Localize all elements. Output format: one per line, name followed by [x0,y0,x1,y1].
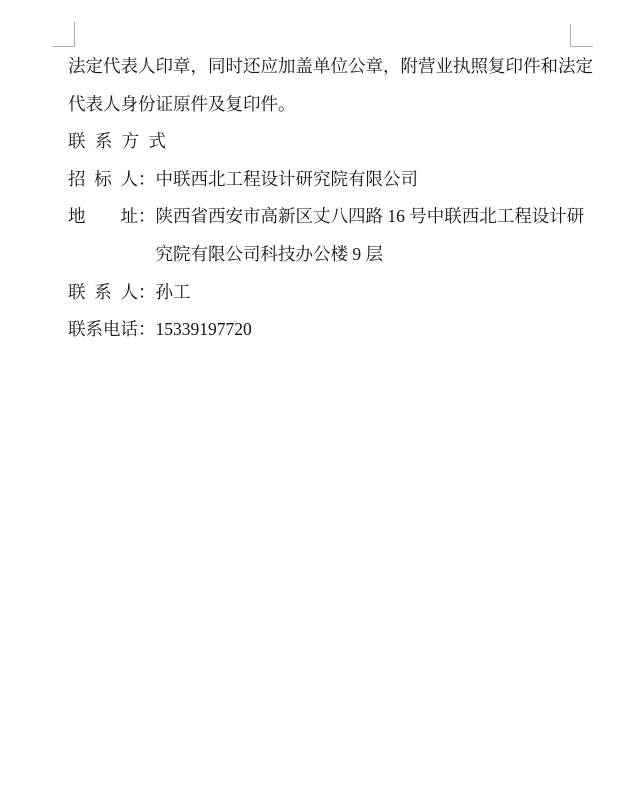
document-page: 法定代表人印章，同时还应加盖单位公章，附营业执照复印件和法定 代表人身份证原件及… [0,0,643,807]
paragraph-line: 法定代表人印章，同时还应加盖单位公章，附营业执照复印件和法定 [68,48,592,86]
address-value: 陕西省西安市高新区丈八四路 16 号中联西北工程设计研 究院有限公司科技办公楼 … [156,198,593,273]
contact-row-phone: 联系电话 ： 15339197720 [68,311,592,349]
tenderer-colon: ： [138,161,156,199]
address-value-line: 陕西省西安市高新区丈八四路 16 号中联西北工程设计研 [156,198,593,236]
phone-value: 15339197720 [156,311,593,349]
document-text-block: 法定代表人印章，同时还应加盖单位公章，附营业执照复印件和法定 代表人身份证原件及… [68,48,592,349]
tenderer-value: 中联西北工程设计研究院有限公司 [156,161,593,199]
crop-mark-top-right-icon [570,46,593,47]
crop-mark-top-left-icon [74,22,75,46]
address-colon: ： [138,198,156,236]
tenderer-value-line: 中联西北工程设计研究院有限公司 [156,161,593,199]
contact-section-heading: 联系方式 [68,123,166,161]
contact-row-tenderer: 招标人 ： 中联西北工程设计研究院有限公司 [68,161,592,199]
paragraph-line: 代表人身份证原件及复印件。 [68,86,592,124]
crop-mark-top-left-icon [52,46,75,47]
contact-person-value-line: 孙工 [156,274,593,312]
phone-value-line: 15339197720 [156,311,593,349]
contact-person-value: 孙工 [156,274,593,312]
contact-row-address: 地址 ： 陕西省西安市高新区丈八四路 16 号中联西北工程设计研 究院有限公司科… [68,198,592,273]
address-label: 地址 [68,198,138,236]
crop-mark-top-right-icon [570,24,571,46]
address-value-line: 究院有限公司科技办公楼 9 层 [156,236,593,274]
phone-colon: ： [138,311,156,349]
contact-person-label: 联系人 [68,274,138,312]
phone-label: 联系电话 [68,311,138,349]
tenderer-label: 招标人 [68,161,138,199]
contact-row-person: 联系人 ： 孙工 [68,274,592,312]
contact-person-colon: ： [138,274,156,312]
